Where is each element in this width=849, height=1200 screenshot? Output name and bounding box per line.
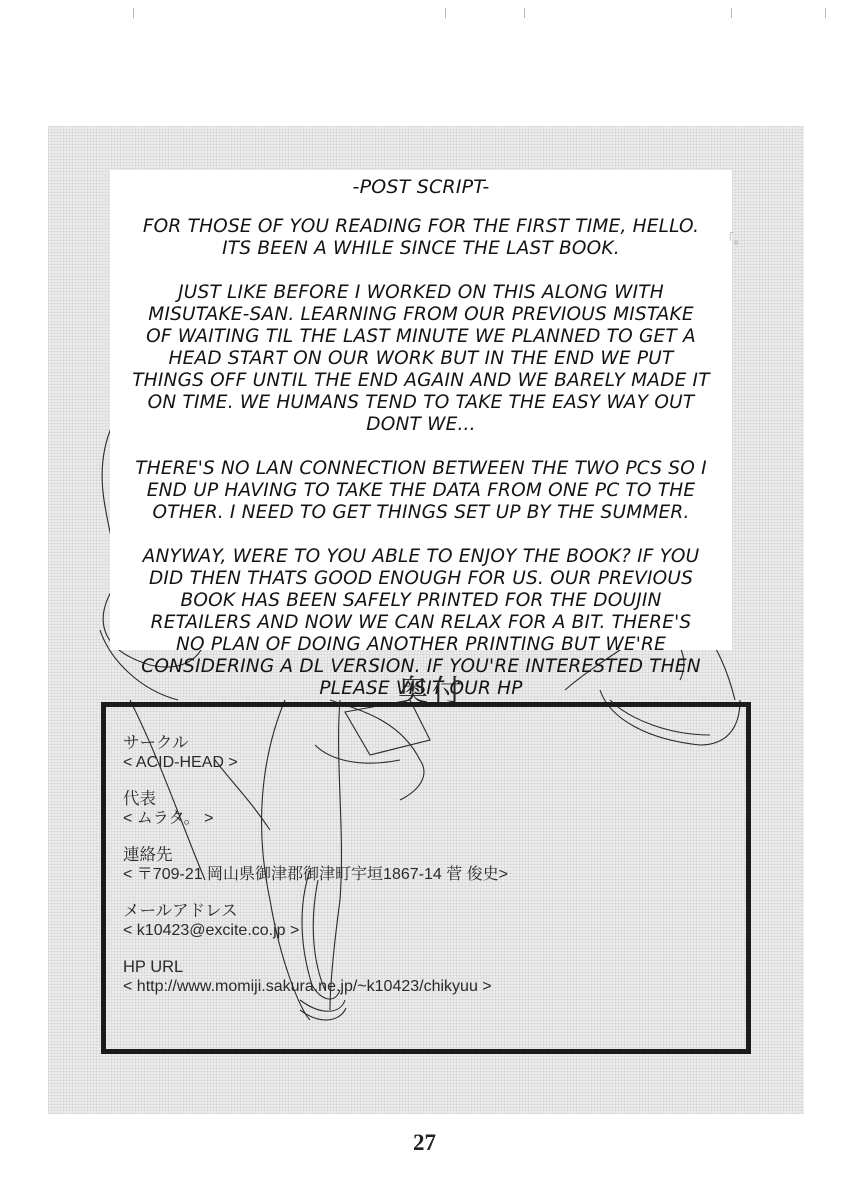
postscript-line: HEAD START ON OUR WORK BUT IN THE END WE…: [116, 348, 726, 370]
colophon-entry: サークル< ACID-HEAD >: [123, 733, 508, 773]
scan-mark: [731, 8, 732, 18]
postscript-line: DONT WE...: [116, 414, 726, 436]
colophon-entry-label: サークル: [123, 733, 508, 753]
colophon-entry-value: < k10423@excite.co.jp >: [123, 921, 508, 941]
colophon-entry: 連絡先< 〒709-21 岡山県御津郡御津町宇垣1867-14 菅 俊史>: [123, 845, 508, 885]
postscript-line: ITS BEEN A WHILE SINCE THE LAST BOOK.: [116, 238, 726, 260]
stray-mark: 「。: [722, 230, 746, 247]
scan-mark: [825, 8, 826, 18]
colophon-entry-value: < ACID-HEAD >: [123, 753, 508, 773]
colophon-entry-label: HP URL: [123, 957, 508, 977]
postscript-paragraph: JUST LIKE BEFORE I WORKED ON THIS ALONG …: [110, 282, 732, 436]
colophon-entry-label: 連絡先: [123, 845, 508, 865]
scan-mark: [445, 8, 446, 18]
postscript-line: MISUTAKE-SAN. LEARNING FROM OUR PREVIOUS…: [116, 304, 726, 326]
colophon-box: サークル< ACID-HEAD >代表< ムラタ。 >連絡先< 〒709-21 …: [101, 702, 751, 1054]
postscript-title: -POST SCRIPT-: [110, 176, 732, 198]
colophon-entry: HP URL< http://www.momiji.sakura.ne.jp/~…: [123, 957, 508, 997]
postscript-line: THERE'S NO LAN CONNECTION BETWEEN THE TW…: [116, 458, 726, 480]
postscript-line: OF WAITING TIL THE LAST MINUTE WE PLANNE…: [116, 326, 726, 348]
postscript-line: END UP HAVING TO TAKE THE DATA FROM ONE …: [116, 480, 726, 502]
postscript-box: -POST SCRIPT- FOR THOSE OF YOU READING F…: [110, 170, 732, 650]
postscript-paragraph: FOR THOSE OF YOU READING FOR THE FIRST T…: [110, 216, 732, 260]
colophon-entry-label: メールアドレス: [123, 901, 508, 921]
colophon-entry-value: < 〒709-21 岡山県御津郡御津町宇垣1867-14 菅 俊史>: [123, 865, 508, 885]
postscript-line: BOOK HAS BEEN SAFELY PRINTED FOR THE DOU…: [116, 590, 726, 612]
postscript-line: ON TIME. WE HUMANS TEND TO TAKE THE EASY…: [116, 392, 726, 414]
colophon-entry: 代表< ムラタ。 >: [123, 789, 508, 829]
colophon-entry-value: < ムラタ。 >: [123, 809, 508, 829]
colophon-entry-label: 代表: [123, 789, 508, 809]
postscript-line: FOR THOSE OF YOU READING FOR THE FIRST T…: [116, 216, 726, 238]
postscript-line: OTHER. I NEED TO GET THINGS SET UP BY TH…: [116, 502, 726, 524]
page-number: 27: [0, 1130, 849, 1156]
colophon-entries: サークル< ACID-HEAD >代表< ムラタ。 >連絡先< 〒709-21 …: [123, 733, 508, 1013]
postscript-line: JUST LIKE BEFORE I WORKED ON THIS ALONG …: [116, 282, 726, 304]
scan-mark: [133, 8, 134, 18]
postscript-paragraph: THERE'S NO LAN CONNECTION BETWEEN THE TW…: [110, 458, 732, 524]
postscript-line: THINGS OFF UNTIL THE END AGAIN AND WE BA…: [116, 370, 726, 392]
postscript-line: RETAILERS AND NOW WE CAN RELAX FOR A BIT…: [116, 612, 726, 634]
postscript-paragraphs: FOR THOSE OF YOU READING FOR THE FIRST T…: [110, 216, 732, 700]
postscript-line: NO PLAN OF DOING ANOTHER PRINTING BUT WE…: [116, 634, 726, 656]
colophon-entry-value: < http://www.momiji.sakura.ne.jp/~k10423…: [123, 977, 508, 997]
colophon-entry: メールアドレス< k10423@excite.co.jp >: [123, 901, 508, 941]
scan-mark: [524, 8, 525, 18]
postscript-line: ANYWAY, WERE TO YOU ABLE TO ENJOY THE BO…: [116, 546, 726, 568]
postscript-line: DID THEN THATS GOOD ENOUGH FOR US. OUR P…: [116, 568, 726, 590]
postscript-text: -POST SCRIPT- FOR THOSE OF YOU READING F…: [110, 170, 732, 722]
